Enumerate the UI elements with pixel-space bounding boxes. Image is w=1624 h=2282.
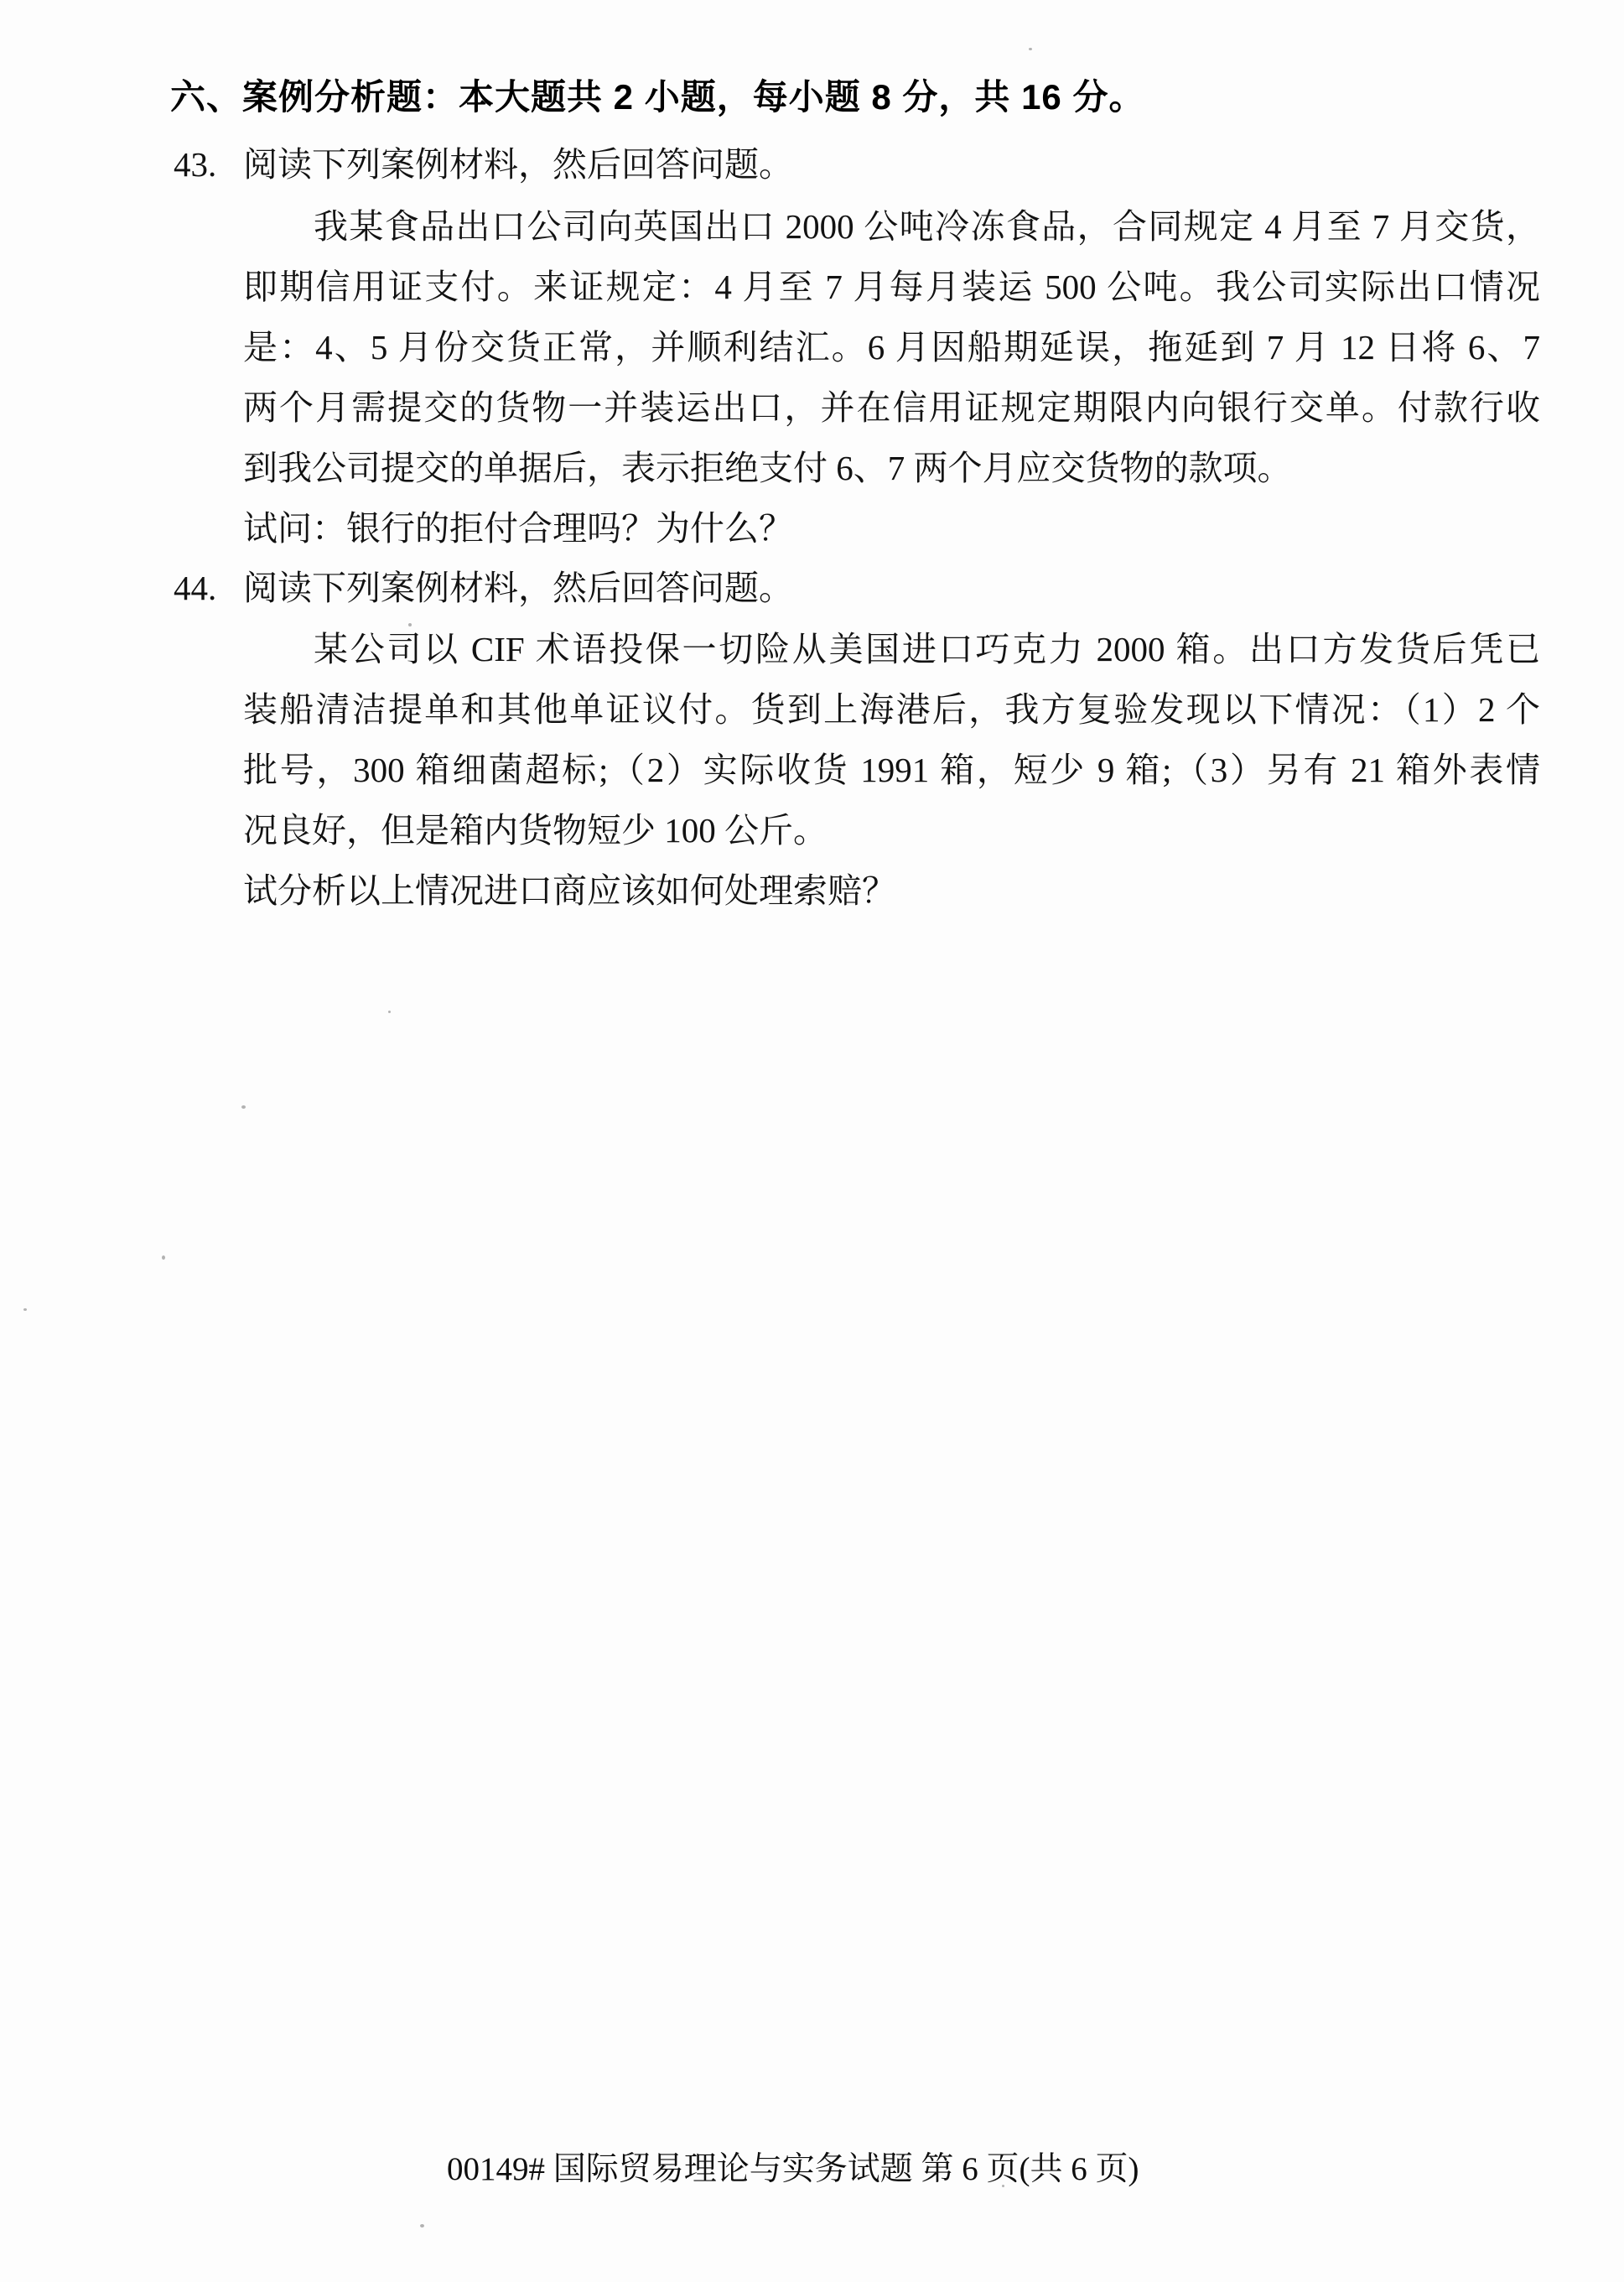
question-43-case-line-1: 我某食品出口公司向英国出口 2000 公吨冷冻食品，合同规定 4 月至 7 月交… <box>243 206 1540 247</box>
question-44-header: 44.阅读下列案例材料，然后回答问题。 <box>174 569 793 608</box>
exam-paper-page: 六、案例分析题：本大题共 2 小题，每小题 8 分，共 16 分。 43.阅读下… <box>0 0 1624 2282</box>
question-43-case-line-5: 到我公司提交的单据后，表示拒绝支付 6、7 两个月应交货物的款项。 <box>243 448 1540 489</box>
scan-speck <box>1029 48 1032 50</box>
page-footer: 00149# 国际贸易理论与实务试题 第 6 页(共 6 页) <box>447 2152 1139 2188</box>
question-43-prompt: 阅读下列案例材料，然后回答问题。 <box>243 145 793 184</box>
question-43-ask-line: 试问：银行的拒付合理吗？为什么？ <box>243 508 1540 549</box>
scan-speck <box>1002 2185 1004 2187</box>
scan-speck <box>420 2224 424 2227</box>
question-44-number: 44. <box>174 569 243 608</box>
scan-speck <box>408 623 412 626</box>
question-44-case-line-4: 况良好，但是箱内货物短少 100 公斤。 <box>243 810 1540 851</box>
section-heading: 六、案例分析题：本大题共 2 小题，每小题 8 分，共 16 分。 <box>170 77 1144 117</box>
question-43-case-line-2: 即期信用证支付。来证规定：4 月至 7 月每月装运 500 公吨。我公司实际出口… <box>243 267 1540 308</box>
question-43-number: 43. <box>174 145 243 185</box>
scan-speck <box>241 1105 246 1109</box>
question-43-case-line-4: 两个月需提交的货物一并装运出口，并在信用证规定期限内向银行交单。付款行收 <box>243 387 1540 429</box>
question-44-case-line-1: 某公司以 CIF 术语投保一切险从美国进口巧克力 2000 箱。出口方发货后凭已 <box>243 629 1540 670</box>
scan-speck <box>23 1308 27 1311</box>
question-44-case-line-3: 批号，300 箱细菌超标;（2）实际收货 1991 箱，短少 9 箱;（3）另有… <box>243 750 1540 791</box>
question-43-header: 43.阅读下列案例材料，然后回答问题。 <box>174 145 793 185</box>
question-44-case-line-2: 装船清洁提单和其他单证议付。货到上海港后，我方复验发现以下情况：（1）2 个 <box>243 689 1540 730</box>
scan-speck <box>162 1255 165 1260</box>
question-43-case-line-3: 是：4、5 月份交货正常，并顺利结汇。6 月因船期延误，拖延到 7 月 12 日… <box>243 327 1540 368</box>
question-44-ask-line: 试分析以上情况进口商应该如何处理索赔？ <box>243 871 1540 912</box>
scan-speck <box>388 1011 391 1013</box>
question-44-prompt: 阅读下列案例材料，然后回答问题。 <box>243 569 793 607</box>
